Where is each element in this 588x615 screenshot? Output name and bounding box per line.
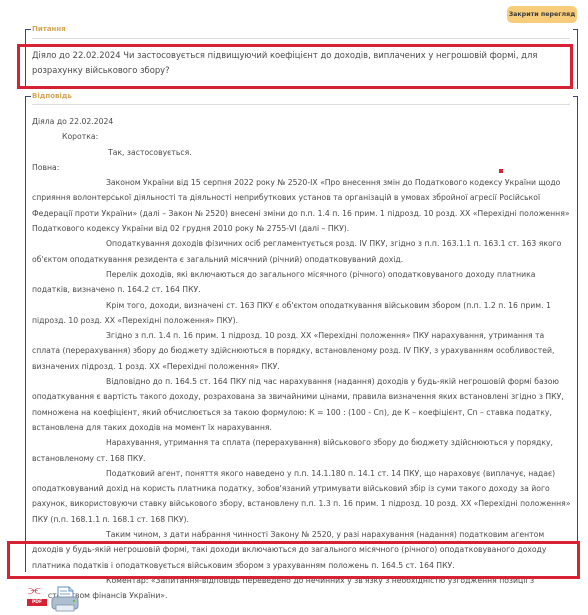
answer-legend: Відповідь (32, 92, 72, 100)
full-label: Повна: (32, 160, 572, 175)
frame-edge (577, 35, 578, 89)
question-text: Діяло до 22.02.2024 Чи застосовується пі… (32, 48, 562, 78)
answer-paragraph: Перелік доходів, які включаються до зага… (32, 267, 572, 298)
answer-paragraph: Податковий агент, поняття якого наведено… (32, 466, 572, 527)
answer-paragraph: Згідно з п.п. 1.4 п. 16 прим. 1 підрозд.… (32, 328, 572, 374)
pdf-icon[interactable]: ⫘ PDF (26, 583, 48, 608)
short-answer: Так, застосовується. (32, 145, 572, 160)
answer-body: Діяла до 22.02.2024 Коротка: Так, застос… (32, 114, 572, 604)
answer-paragraph: Крім того, доходи, визначені ст. 163 ПКУ… (32, 298, 572, 329)
highlight-marker (499, 169, 503, 173)
close-preview-button[interactable]: Закрити перегляд (507, 6, 577, 23)
question-section: Питання Діяло до 22.02.2024 Чи застосову… (25, 29, 574, 89)
frame-corner (25, 29, 31, 30)
acrobat-glyph-icon: ⫘ (28, 583, 41, 597)
document-actions: ⫘ PDF (26, 583, 86, 613)
legend-divider (32, 38, 570, 39)
pdf-label: PDF (27, 599, 47, 606)
printer-icon[interactable] (50, 586, 80, 613)
answer-section: Відповідь Діяла до 22.02.2024 Коротка: Т… (25, 96, 574, 572)
frame-edge (577, 102, 578, 572)
answer-paragraph: Нарахування, утримання та сплата (перера… (32, 435, 572, 466)
legend-divider (32, 104, 570, 105)
answer-paragraph: Законом України від 15 серпня 2022 року … (32, 175, 572, 236)
comment-paragraph: Коментар: «Запитання-відповідь переведен… (32, 573, 572, 604)
valid-until: Діяла до 22.02.2024 (32, 114, 572, 129)
question-legend: Питання (32, 25, 66, 33)
answer-paragraph: Оподаткування доходів фізичних осіб регл… (32, 236, 572, 267)
answer-paragraph: Відповідно до п. 164.5 ст. 164 ПКУ під ч… (32, 374, 572, 435)
short-label: Коротка: (32, 129, 572, 144)
answer-paragraph: Таким чином, з дати набрання чинності За… (32, 527, 572, 573)
frame-corner (25, 96, 31, 97)
